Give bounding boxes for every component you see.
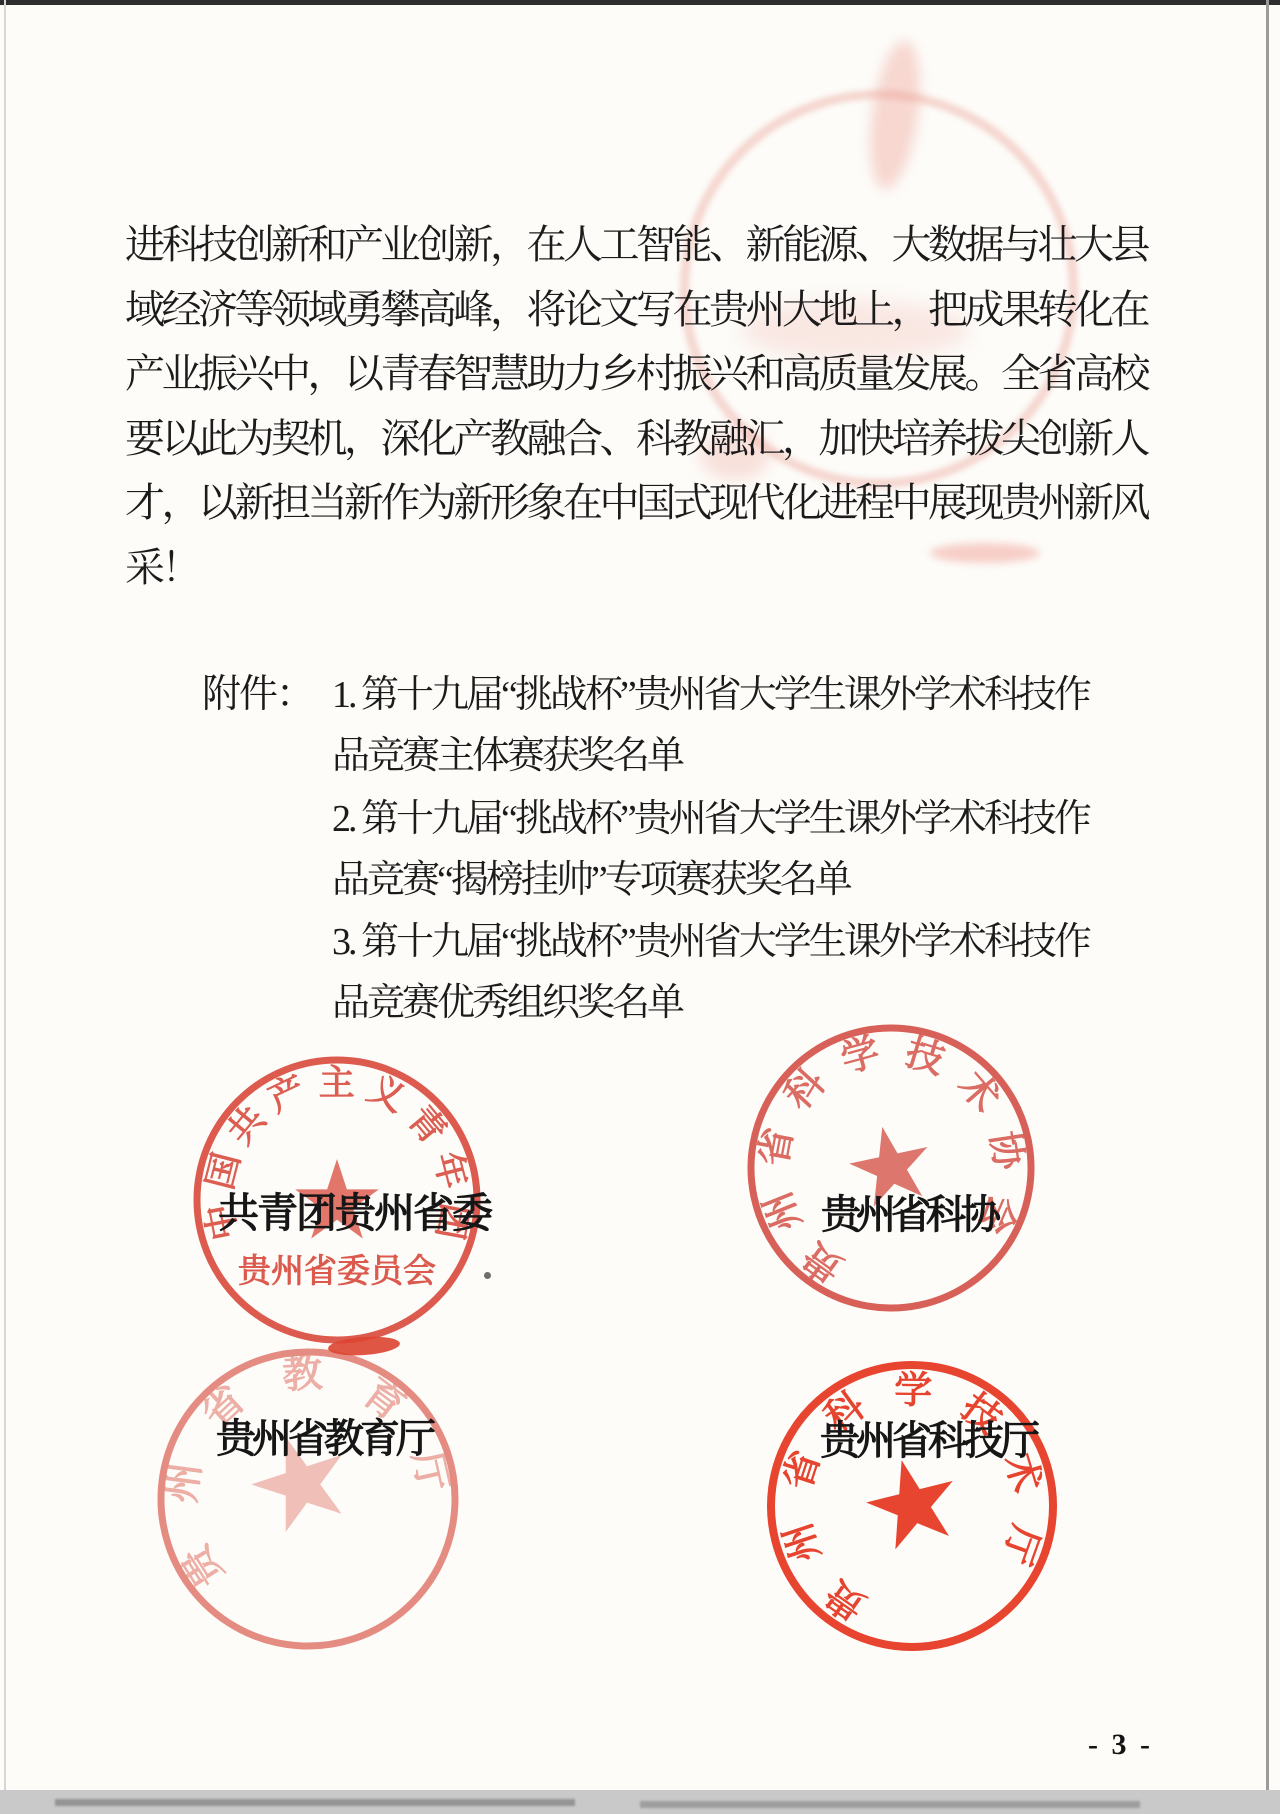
seal-science-dept: 贵州省科学技术厅 [762, 1356, 1062, 1661]
attachment-item-line: 品竞赛优秀组织奖名单 [332, 971, 1192, 1021]
attachment-item-line: 3. 第十九届“挑战杯”贵州省大学生课外学术科技作 [332, 910, 1192, 960]
scan-edge-left [4, 0, 6, 1790]
scanned-document-page: 进科技创新和产业创新，在人工智能、新能源、大数据与壮大县 域经济等领域勇攀高峰，… [0, 0, 1280, 1814]
signer-label-science-dept: 贵州省科技厅 [820, 1409, 1036, 1466]
scan-shadow-bar [55, 1799, 575, 1806]
attachment-item-line: 品竞赛“揭榜挂帅”专项赛获奖名单 [332, 848, 1192, 898]
body-line: 才，以新担当新作为新形象在中国式现代化进程中展现贵州新风 [125, 471, 1185, 523]
scan-edge-right [1266, 0, 1269, 1790]
stray-ink-dot [484, 1272, 491, 1279]
body-line: 采！ [125, 536, 1185, 588]
scan-edge-top [0, 0, 1280, 5]
attachment-item-line: 2. 第十九届“挑战杯”贵州省大学生课外学术科技作 [332, 787, 1192, 837]
signer-label-science-association: 贵州省科协 [821, 1183, 996, 1240]
page-number: - 3 - [1088, 1728, 1153, 1762]
scan-shadow-bar [640, 1801, 1140, 1808]
body-line: 要以此为契机，深化产教融合、科教融汇，加快培养拔尖创新人 [125, 407, 1185, 459]
signer-label-youth-league: 共青团贵州省委 [218, 1180, 491, 1239]
signer-label-education-dept: 贵州省教育厅 [216, 1407, 432, 1464]
seal-science-association: 贵州省科学技术协会 [741, 1018, 1041, 1323]
body-line: 进科技创新和产业创新，在人工智能、新能源、大数据与壮大县 [125, 213, 1185, 265]
body-line: 域经济等领域勇攀高峰，将论文写在贵州大地上，把成果转化在 [125, 278, 1185, 330]
body-line: 产业振兴中，以青春智慧助力乡村振兴和高质量发展。全省高校 [125, 342, 1185, 394]
attachment-item-line: 品竞赛主体赛获奖名单 [332, 724, 1192, 774]
attachment-item-line: 1. 第十九届“挑战杯”贵州省大学生课外学术科技作 [332, 663, 1192, 713]
seal-inner-text: 贵州省委员会 [238, 1253, 436, 1290]
seal-education-dept: 贵州省教育厅 [152, 1343, 464, 1660]
attachment-label: 附件： [202, 663, 342, 713]
